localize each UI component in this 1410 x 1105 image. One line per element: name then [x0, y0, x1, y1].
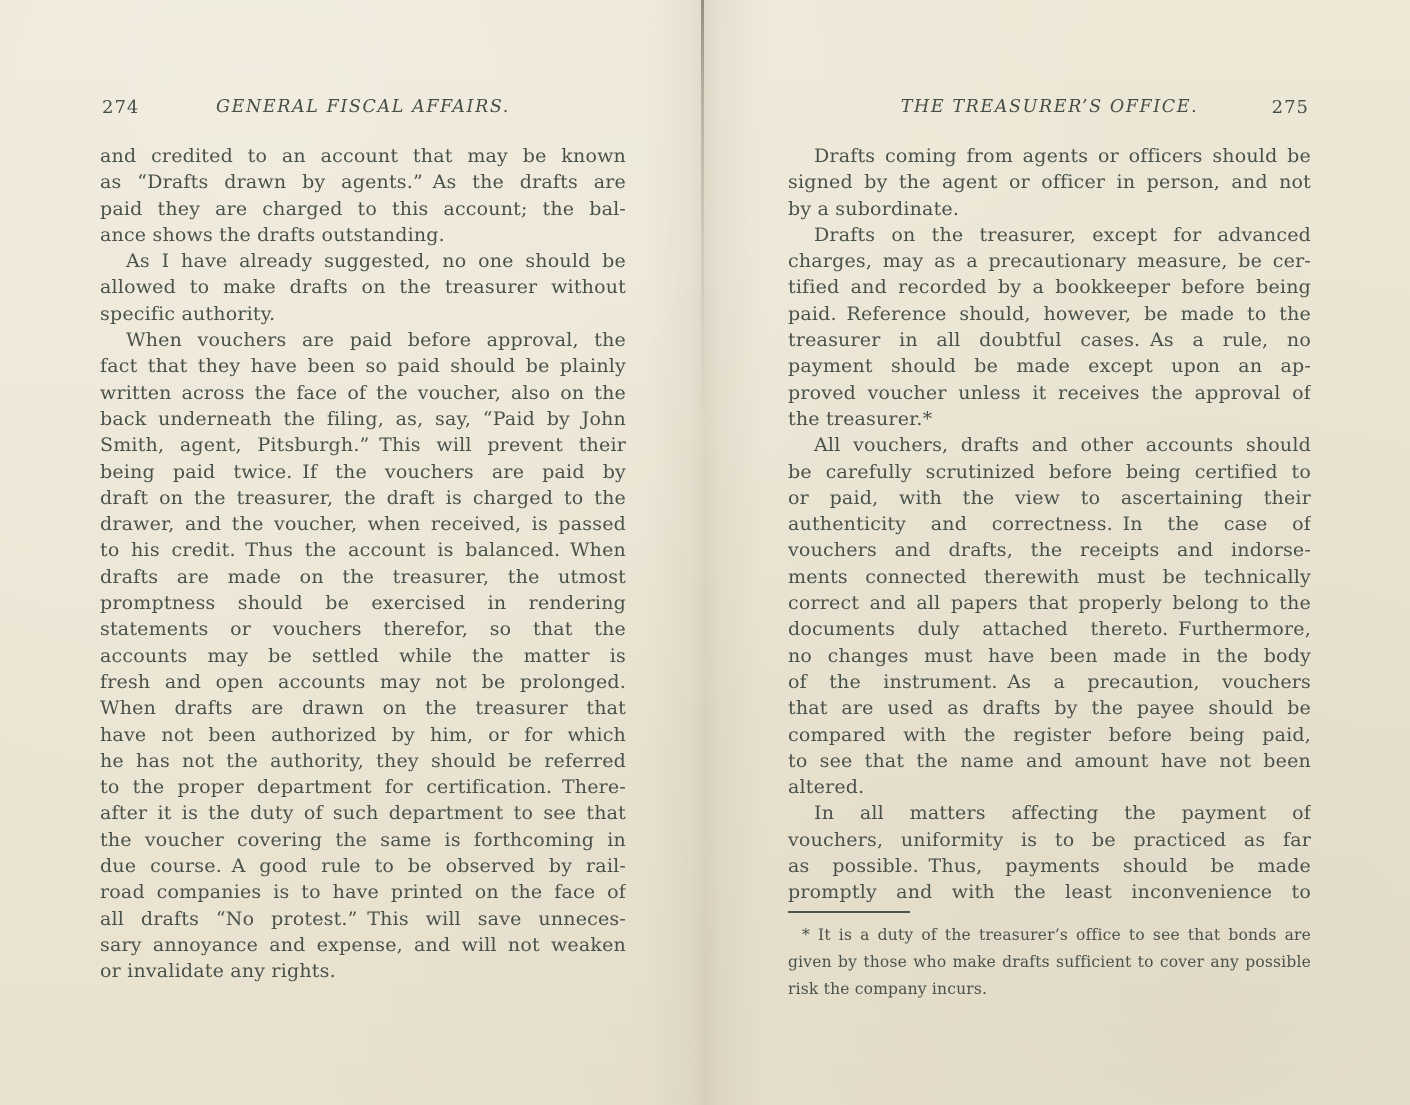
text-line: due course. A good rule to be observed b…	[100, 853, 626, 879]
text-line: the voucher covering the same is forthco…	[100, 827, 626, 853]
text-line: Smith, agent, Pitsburgh.” This will prev…	[100, 432, 626, 458]
text-line: be carefully scrutinized before being ce…	[788, 459, 1311, 485]
text-line: by a subordinate.	[788, 196, 1311, 222]
text-line: payment should be made except upon an ap…	[788, 353, 1311, 379]
text-line: When vouchers are paid before approval, …	[100, 327, 626, 353]
book-spread: 274 GENERAL FISCAL AFFAIRS. and credited…	[0, 0, 1410, 1105]
right-page-number: 275	[1272, 97, 1309, 118]
left-running-title: GENERAL FISCAL AFFAIRS.	[100, 97, 626, 117]
text-line: and credited to an account that may be k…	[100, 143, 626, 169]
text-line: to his credit. Thus the account is balan…	[100, 537, 626, 563]
text-line: promptly and with the least inconvenienc…	[788, 879, 1311, 905]
text-line: road companies is to have printed on the…	[100, 879, 626, 905]
text-line: * It is a duty of the treasurer’s office…	[788, 922, 1311, 949]
text-line: as possible. Thus, payments should be ma…	[788, 853, 1311, 879]
text-line: vouchers, uniformity is to be practiced …	[788, 827, 1311, 853]
text-line: authenticity and correctness. In the cas…	[788, 511, 1311, 537]
text-line: or invalidate any rights.	[100, 958, 626, 984]
text-line: as “Drafts drawn by agents.” As the draf…	[100, 169, 626, 195]
text-line: of the instrument. As a precaution, vouc…	[788, 669, 1311, 695]
text-line: documents duly attached thereto. Further…	[788, 616, 1311, 642]
text-line: specific authority.	[100, 301, 626, 327]
right-page-body: Drafts coming from agents or officers sh…	[788, 143, 1311, 906]
text-line: drafts are made on the treasurer, the ut…	[100, 564, 626, 590]
text-line: tified and recorded by a bookkeeper befo…	[788, 274, 1311, 300]
text-line: In all matters affecting the payment of	[788, 800, 1311, 826]
text-line: Drafts on the treasurer, except for adva…	[788, 222, 1311, 248]
text-line: fresh and open accounts may not be prolo…	[100, 669, 626, 695]
text-line: vouchers and drafts, the receipts and in…	[788, 537, 1311, 563]
text-line: As I have already suggested, no one shou…	[100, 248, 626, 274]
text-line: back underneath the filing, as, say, “Pa…	[100, 406, 626, 432]
text-line: all drafts “No protest.” This will save …	[100, 906, 626, 932]
text-line: treasurer in all doubtful cases. As a ru…	[788, 327, 1311, 353]
text-line: risk the company incurs.	[788, 976, 1311, 1003]
right-page: THE TREASURER’S OFFICE. 275 Drafts comin…	[788, 97, 1311, 1003]
right-page-header: THE TREASURER’S OFFICE. 275	[788, 97, 1311, 123]
text-line: ance shows the drafts outstanding.	[100, 222, 626, 248]
text-line: that are used as drafts by the payee sho…	[788, 695, 1311, 721]
text-line: paid. Reference should, however, be made…	[788, 301, 1311, 327]
footnote: * It is a duty of the treasurer’s office…	[788, 911, 1311, 1003]
text-line: he has not the authority, they should be…	[100, 748, 626, 774]
text-line: statements or vouchers therefor, so that…	[100, 616, 626, 642]
text-line: altered.	[788, 774, 1311, 800]
text-line: or paid, with the view to ascertaining t…	[788, 485, 1311, 511]
text-line: written across the face of the voucher, …	[100, 380, 626, 406]
text-line: promptness should be exercised in render…	[100, 590, 626, 616]
text-line: allowed to make drafts on the treasurer …	[100, 274, 626, 300]
text-line: proved voucher unless it receives the ap…	[788, 380, 1311, 406]
text-line: accounts may be settled while the matter…	[100, 643, 626, 669]
text-line: drawer, and the voucher, when received, …	[100, 511, 626, 537]
text-line: When drafts are drawn on the treasurer t…	[100, 695, 626, 721]
footnote-rule	[788, 911, 910, 913]
text-line: ments connected therewith must be techni…	[788, 564, 1311, 590]
text-line: given by those who make drafts sufficien…	[788, 949, 1311, 976]
text-line: have not been authorized by him, or for …	[100, 722, 626, 748]
text-line: correct and all papers that properly bel…	[788, 590, 1311, 616]
text-line: draft on the treasurer, the draft is cha…	[100, 485, 626, 511]
text-line: to the proper department for certificati…	[100, 774, 626, 800]
page-crease	[701, 0, 704, 430]
left-page-body: and credited to an account that may be k…	[100, 143, 626, 985]
text-line: paid they are charged to this account; t…	[100, 196, 626, 222]
footnote-body: * It is a duty of the treasurer’s office…	[788, 922, 1311, 1003]
text-line: to see that the name and amount have not…	[788, 748, 1311, 774]
text-line: All vouchers, drafts and other accounts …	[788, 432, 1311, 458]
text-line: being paid twice. If the vouchers are pa…	[100, 459, 626, 485]
text-line: charges, may as a precautionary measure,…	[788, 248, 1311, 274]
text-line: no changes must have been made in the bo…	[788, 643, 1311, 669]
text-line: compared with the register before being …	[788, 722, 1311, 748]
text-line: Drafts coming from agents or officers sh…	[788, 143, 1311, 169]
text-line: sary annoyance and expense, and will not…	[100, 932, 626, 958]
page-gutter-shade	[648, 0, 764, 1105]
text-line: fact that they have been so paid should …	[100, 353, 626, 379]
left-page-header: 274 GENERAL FISCAL AFFAIRS.	[100, 97, 626, 123]
text-line: the treasurer.*	[788, 406, 1311, 432]
text-line: signed by the agent or officer in person…	[788, 169, 1311, 195]
left-page-number: 274	[102, 97, 139, 118]
text-line: after it is the duty of such department …	[100, 800, 626, 826]
right-running-title: THE TREASURER’S OFFICE.	[788, 97, 1311, 117]
left-page: 274 GENERAL FISCAL AFFAIRS. and credited…	[100, 97, 626, 985]
